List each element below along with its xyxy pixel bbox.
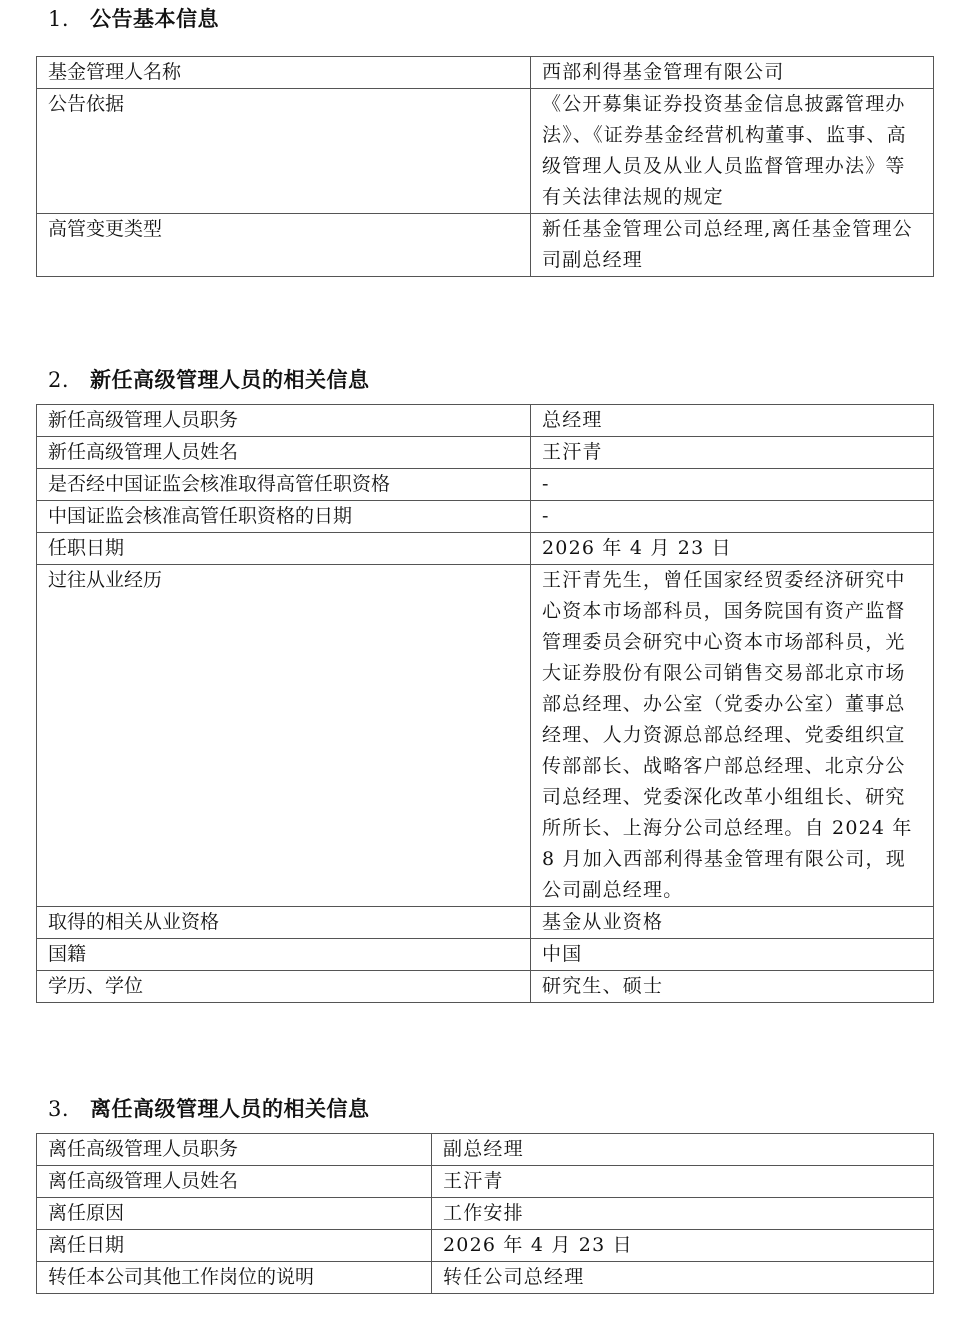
- row-label: 任职日期: [37, 533, 531, 565]
- table-row: 转任本公司其他工作岗位的说明 转任公司总经理: [37, 1262, 934, 1294]
- row-value: 转任公司总经理: [432, 1262, 934, 1294]
- table-row: 中国证监会核准高管任职资格的日期 -: [37, 501, 934, 533]
- row-label: 过往从业经历: [37, 565, 531, 907]
- row-value: 副总经理: [432, 1134, 934, 1166]
- section-2-heading: 2.新任高级管理人员的相关信息: [48, 366, 370, 394]
- row-label: 新任高级管理人员姓名: [37, 437, 531, 469]
- table-row: 国籍 中国: [37, 939, 934, 971]
- table-row: 过往从业经历 王汗青先生，曾任国家经贸委经济研究中心资本市场部科员，国务院国有资…: [37, 565, 934, 907]
- section-2-number: 2.: [48, 366, 90, 394]
- table-row: 离任高级管理人员姓名 王汗青: [37, 1166, 934, 1198]
- table-row: 离任原因 工作安排: [37, 1198, 934, 1230]
- row-value: 工作安排: [432, 1198, 934, 1230]
- row-label: 离任高级管理人员姓名: [37, 1166, 432, 1198]
- row-label: 基金管理人名称: [37, 57, 531, 89]
- row-label: 离任原因: [37, 1198, 432, 1230]
- row-value: 2026 年 4 月 23 日: [531, 533, 934, 565]
- basic-info-table: 基金管理人名称 西部利得基金管理有限公司 公告依据 《公开募集证券投资基金信息披…: [36, 56, 934, 277]
- table-row: 任职日期 2026 年 4 月 23 日: [37, 533, 934, 565]
- row-value: 研究生、硕士: [531, 971, 934, 1003]
- table-row: 是否经中国证监会核准取得高管任职资格 -: [37, 469, 934, 501]
- table-row: 新任高级管理人员姓名 王汗青: [37, 437, 934, 469]
- table-row: 学历、学位 研究生、硕士: [37, 971, 934, 1003]
- row-value: 新任基金管理公司总经理,离任基金管理公司副总经理: [531, 214, 934, 277]
- section-3-number: 3.: [48, 1095, 90, 1123]
- row-label: 新任高级管理人员职务: [37, 405, 531, 437]
- row-value: 《公开募集证券投资基金信息披露管理办法》、《证券基金经营机构董事、监事、高级管理…: [531, 89, 934, 214]
- table-row: 取得的相关从业资格 基金从业资格: [37, 907, 934, 939]
- section-1-number: 1.: [48, 5, 90, 33]
- section-1-title: 公告基本信息: [90, 7, 219, 31]
- row-value: 王汗青: [531, 437, 934, 469]
- row-label: 高管变更类型: [37, 214, 531, 277]
- section-3-heading: 3.离任高级管理人员的相关信息: [48, 1095, 370, 1123]
- new-executive-table: 新任高级管理人员职务 总经理 新任高级管理人员姓名 王汗青 是否经中国证监会核准…: [36, 404, 934, 1003]
- table-row: 高管变更类型 新任基金管理公司总经理,离任基金管理公司副总经理: [37, 214, 934, 277]
- row-value: 总经理: [531, 405, 934, 437]
- table-row: 公告依据 《公开募集证券投资基金信息披露管理办法》、《证券基金经营机构董事、监事…: [37, 89, 934, 214]
- section-2-title: 新任高级管理人员的相关信息: [90, 368, 370, 392]
- row-label: 公告依据: [37, 89, 531, 214]
- section-1-heading: 1.公告基本信息: [48, 5, 219, 33]
- row-label: 离任高级管理人员职务: [37, 1134, 432, 1166]
- row-label: 取得的相关从业资格: [37, 907, 531, 939]
- row-value: -: [531, 469, 934, 501]
- row-label: 是否经中国证监会核准取得高管任职资格: [37, 469, 531, 501]
- row-label: 转任本公司其他工作岗位的说明: [37, 1262, 432, 1294]
- table-row: 离任高级管理人员职务 副总经理: [37, 1134, 934, 1166]
- table-row: 离任日期 2026 年 4 月 23 日: [37, 1230, 934, 1262]
- departing-executive-table: 离任高级管理人员职务 副总经理 离任高级管理人员姓名 王汗青 离任原因 工作安排…: [36, 1133, 934, 1294]
- row-value: 中国: [531, 939, 934, 971]
- row-label: 中国证监会核准高管任职资格的日期: [37, 501, 531, 533]
- row-label: 离任日期: [37, 1230, 432, 1262]
- row-value: 王汗青先生，曾任国家经贸委经济研究中心资本市场部科员，国务院国有资产监督管理委员…: [531, 565, 934, 907]
- row-label: 学历、学位: [37, 971, 531, 1003]
- section-3-title: 离任高级管理人员的相关信息: [90, 1097, 370, 1121]
- table-row: 基金管理人名称 西部利得基金管理有限公司: [37, 57, 934, 89]
- row-value: 基金从业资格: [531, 907, 934, 939]
- table-row: 新任高级管理人员职务 总经理: [37, 405, 934, 437]
- row-value: 2026 年 4 月 23 日: [432, 1230, 934, 1262]
- row-label: 国籍: [37, 939, 531, 971]
- row-value: 王汗青: [432, 1166, 934, 1198]
- row-value: 西部利得基金管理有限公司: [531, 57, 934, 89]
- row-value: -: [531, 501, 934, 533]
